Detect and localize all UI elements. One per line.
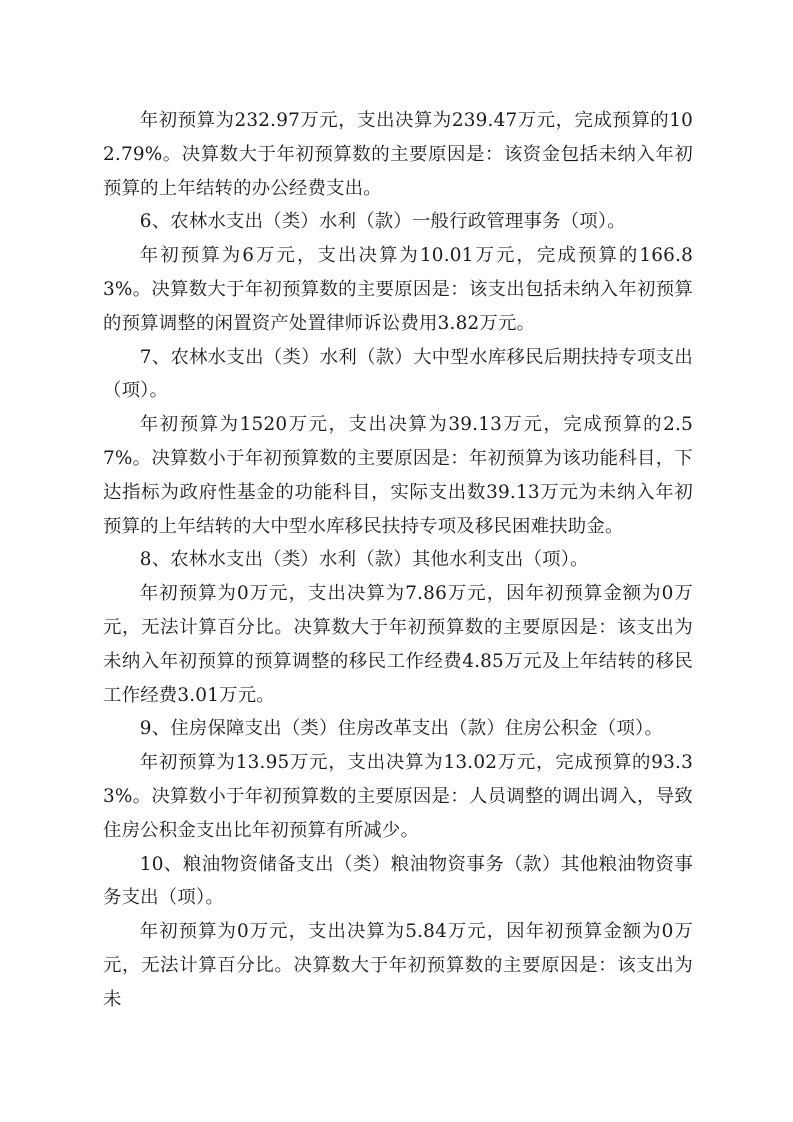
- body-paragraph-item8-explanation: 年初预算为0万元，支出决算为7.86万元，因年初预算金额为0万元，无法计算百分比…: [103, 577, 693, 712]
- heading-item-10: 10、粮油物资储备支出（类）粮油物资事务（款）其他粮油物资事务支出（项）。: [103, 848, 693, 916]
- body-paragraph-item6-explanation: 年初预算为6万元，支出决算为10.01万元，完成预算的166.83%。决算数大于…: [103, 239, 693, 340]
- heading-item-8: 8、农林水支出（类）水利（款）其他水利支出（项）。: [103, 543, 693, 577]
- body-paragraph-item5-explanation: 年初预算为232.97万元，支出决算为239.47万元，完成预算的102.79%…: [103, 104, 693, 205]
- heading-item-9: 9、住房保障支出（类）住房改革支出（款）住房公积金（项）。: [103, 712, 693, 746]
- body-paragraph-item7-explanation: 年初预算为1520万元，支出决算为39.13万元，完成预算的2.57%。决算数小…: [103, 408, 693, 543]
- body-paragraph-item10-explanation: 年初预算为0万元，支出决算为5.84万元，因年初预算金额为0万元，无法计算百分比…: [103, 915, 693, 1016]
- body-paragraph-item9-explanation: 年初预算为13.95万元，支出决算为13.02万元，完成预算的93.33%。决算…: [103, 746, 693, 847]
- document-page: 年初预算为232.97万元，支出决算为239.47万元，完成预算的102.79%…: [103, 104, 693, 1017]
- heading-item-6: 6、农林水支出（类）水利（款）一般行政管理事务（项）。: [103, 205, 693, 239]
- heading-item-7: 7、农林水支出（类）水利（款）大中型水库移民后期扶持专项支出（项）。: [103, 341, 693, 409]
